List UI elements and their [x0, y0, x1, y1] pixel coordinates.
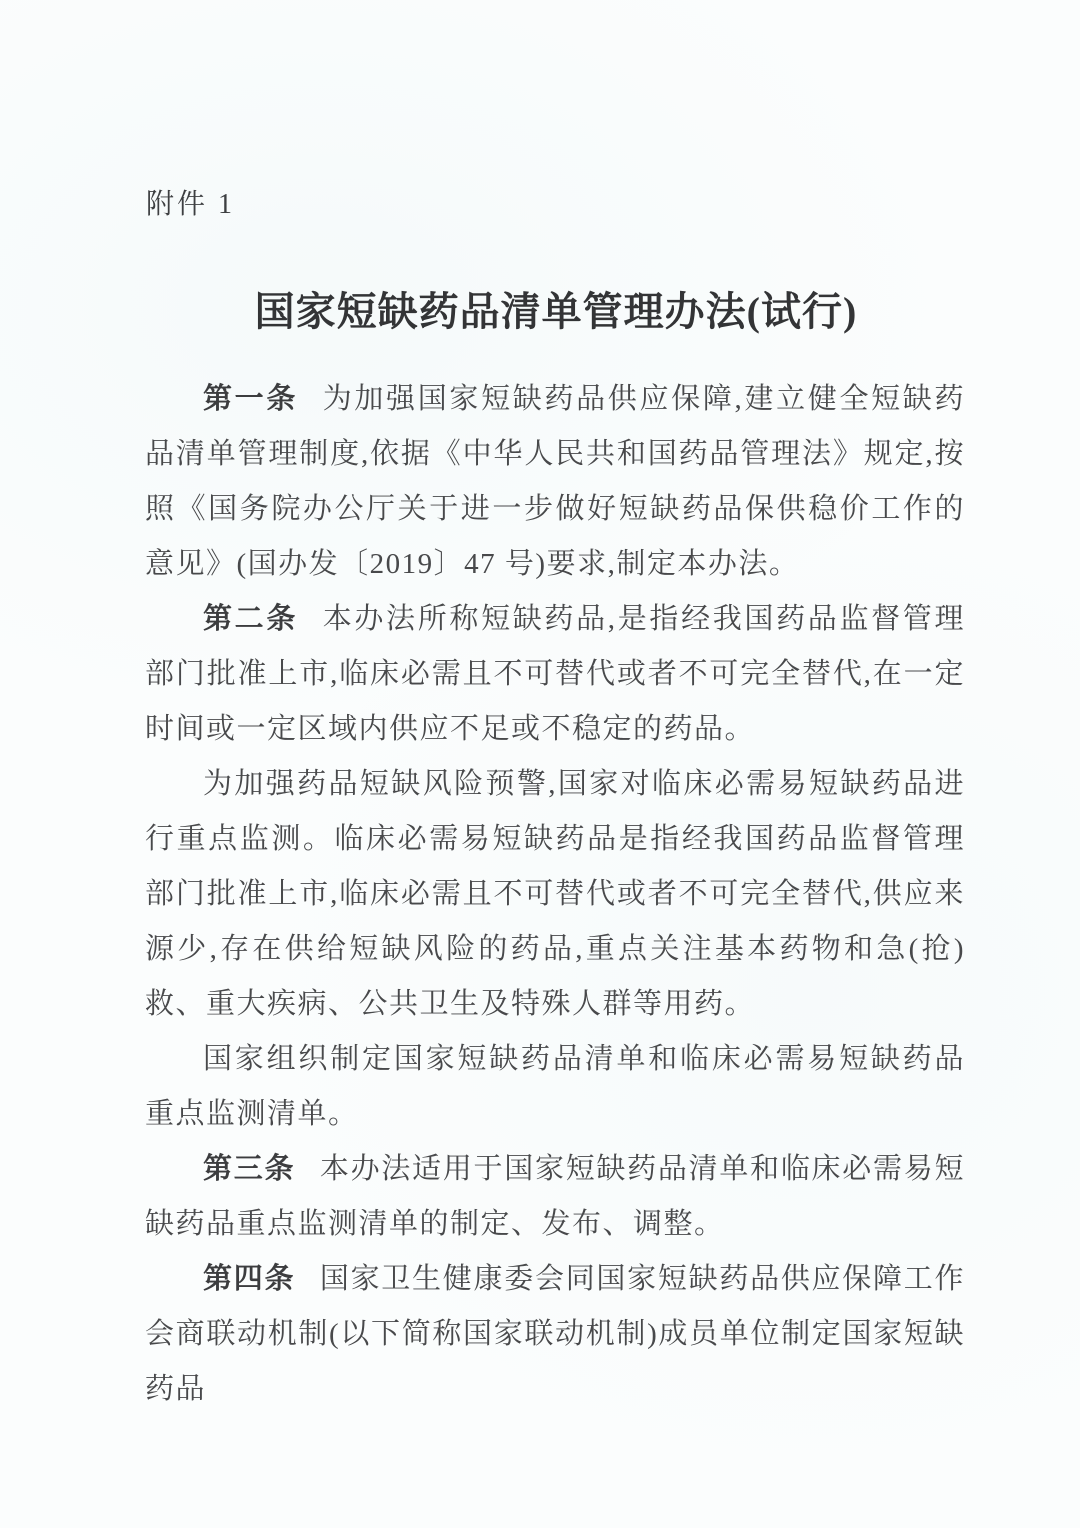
paragraph-article-2-cont-2: 国家组织制定国家短缺药品清单和临床必需易短缺药品重点监测清单。: [145, 1032, 965, 1142]
article-4-label: 第四条: [203, 1263, 295, 1295]
article-3-label: 第三条: [203, 1153, 295, 1185]
document-page: 附件 1 国家短缺药品清单管理办法(试行) 第一条为加强国家短缺药品供应保障,建…: [0, 0, 1080, 1528]
paragraph-article-2: 第二条本办法所称短缺药品,是指经我国药品监督管理部门批准上市,临床必需且不可替代…: [145, 592, 965, 757]
paragraph-article-3: 第三条本办法适用于国家短缺药品清单和临床必需易短缺药品重点监测清单的制定、发布、…: [145, 1142, 965, 1252]
document-title-row: 国家短缺药品清单管理办法(试行): [0, 280, 1080, 337]
paragraph-4-text: 国家组织制定国家短缺药品清单和临床必需易短缺药品重点监测清单。: [145, 1043, 965, 1130]
paragraph-article-2-cont-1: 为加强药品短缺风险预警,国家对临床必需易短缺药品进行重点监测。临床必需易短缺药品…: [145, 757, 965, 1032]
paragraph-article-4: 第四条国家卫生健康委会同国家短缺药品供应保障工作会商联动机制(以下简称国家联动机…: [145, 1252, 965, 1417]
paragraph-article-1: 第一条为加强国家短缺药品供应保障,建立健全短缺药品清单管理制度,依据《中华人民共…: [145, 372, 965, 592]
article-1-label: 第一条: [203, 383, 298, 415]
document-title: 国家短缺药品清单管理办法(试行): [255, 280, 858, 337]
document-body: 第一条为加强国家短缺药品供应保障,建立健全短缺药品清单管理制度,依据《中华人民共…: [145, 372, 965, 1417]
paragraph-3-text: 为加强药品短缺风险预警,国家对临床必需易短缺药品进行重点监测。临床必需易短缺药品…: [145, 768, 965, 1020]
attachment-label: 附件 1: [146, 182, 235, 222]
article-2-label: 第二条: [203, 603, 298, 635]
